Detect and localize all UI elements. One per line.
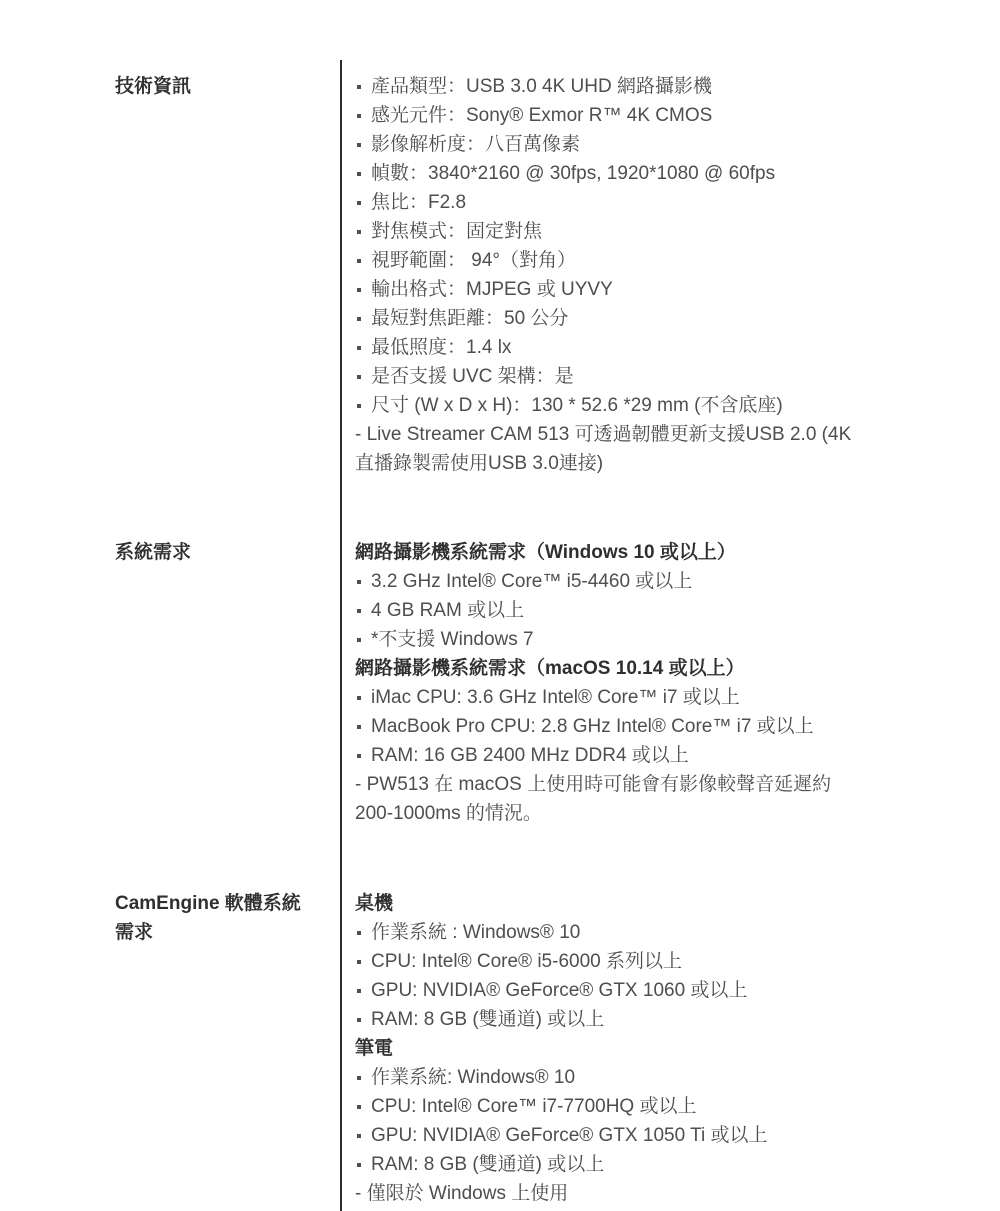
bullet-item: 焦比：F2.8 — [355, 188, 930, 217]
bullet-icon — [357, 1018, 361, 1022]
bullet-text: 視野範圍： 94°（對角） — [371, 246, 930, 275]
bullet-icon — [357, 609, 361, 613]
bullet-icon — [357, 230, 361, 234]
bullet-icon — [357, 725, 361, 729]
section-title: CamEngine 軟體系統需求 — [115, 889, 317, 947]
column-divider — [340, 60, 342, 1211]
bullet-text: CPU: Intel® Core® i5-6000 系列以上 — [371, 947, 930, 976]
bullet-item: 作業系統: Windows® 10 — [355, 1063, 930, 1092]
bullet-icon — [357, 931, 361, 935]
bullet-item: 影像解析度：八百萬像素 — [355, 130, 930, 159]
bullet-item: RAM: 8 GB (雙通道) 或以上 — [355, 1005, 930, 1034]
bullet-icon — [357, 1134, 361, 1138]
bullet-item: CPU: Intel® Core™ i7-7700HQ 或以上 — [355, 1092, 930, 1121]
bullet-item: 幀數：3840*2160 @ 30fps, 1920*1080 @ 60fps — [355, 159, 930, 188]
bullet-item: 對焦模式：固定對焦 — [355, 217, 930, 246]
bullet-list: 3.2 GHz Intel® Core™ i5-4460 或以上 4 GB RA… — [355, 567, 930, 654]
bullet-item: 最短對焦距離：50 公分 — [355, 304, 930, 333]
bullet-item: RAM: 8 GB (雙通道) 或以上 — [355, 1150, 930, 1179]
bullet-text: MacBook Pro CPU: 2.8 GHz Intel® Core™ i7… — [371, 712, 930, 741]
bullet-icon — [357, 346, 361, 350]
bullet-icon — [357, 114, 361, 118]
bullet-icon — [357, 172, 361, 176]
bullet-item: MacBook Pro CPU: 2.8 GHz Intel® Core™ i7… — [355, 712, 930, 741]
bullet-item: 作業系統 : Windows® 10 — [355, 918, 930, 947]
bullet-item: 最低照度：1.4 lx — [355, 333, 930, 362]
bullet-text: RAM: 8 GB (雙通道) 或以上 — [371, 1150, 930, 1179]
bullet-item: 輸出格式：MJPEG 或 UYVY — [355, 275, 930, 304]
spec-table: 技術資訊 產品類型：USB 3.0 4K UHD 網路攝影機 感光元件：Sony… — [0, 60, 1000, 1211]
bullet-item: 感光元件：Sony® Exmor R™ 4K CMOS — [355, 101, 930, 130]
group-heading: 桌機 — [355, 889, 930, 918]
bullet-list: iMac CPU: 3.6 GHz Intel® Core™ i7 或以上 Ma… — [355, 683, 930, 770]
bullet-text: RAM: 8 GB (雙通道) 或以上 — [371, 1005, 930, 1034]
bullet-text: 4 GB RAM 或以上 — [371, 596, 930, 625]
note-line: 200-1000ms 的情況。 — [355, 799, 930, 828]
bullet-text: CPU: Intel® Core™ i7-7700HQ 或以上 — [371, 1092, 930, 1121]
bullet-text: 作業系統: Windows® 10 — [371, 1063, 930, 1092]
bullet-icon — [357, 143, 361, 147]
bullet-icon — [357, 404, 361, 408]
bullet-item: 4 GB RAM 或以上 — [355, 596, 930, 625]
bullet-text: 焦比：F2.8 — [371, 188, 930, 217]
bullet-icon — [357, 754, 361, 758]
bullet-icon — [357, 1105, 361, 1109]
section-tech-info-header-cell: 技術資訊 — [0, 72, 341, 481]
bullet-text: 最短對焦距離：50 公分 — [371, 304, 930, 333]
bullet-item: 3.2 GHz Intel® Core™ i5-4460 或以上 — [355, 567, 930, 596]
bullet-icon — [357, 1163, 361, 1167]
section-system-req-content-cell: 網路攝影機系統需求（Windows 10 或以上） 3.2 GHz Intel®… — [341, 538, 1000, 831]
bullet-item: GPU: NVIDIA® GeForce® GTX 1060 或以上 — [355, 976, 930, 1005]
bullet-item: 是否支援 UVC 架構：是 — [355, 362, 930, 391]
bullet-list: 作業系統: Windows® 10 CPU: Intel® Core™ i7-7… — [355, 1063, 930, 1179]
bullet-item: CPU: Intel® Core® i5-6000 系列以上 — [355, 947, 930, 976]
note-line: 直播錄製需使用USB 3.0連接) — [355, 449, 930, 478]
bullet-item: GPU: NVIDIA® GeForce® GTX 1050 Ti 或以上 — [355, 1121, 930, 1150]
bullet-icon — [357, 375, 361, 379]
bullet-icon — [357, 696, 361, 700]
bullet-text: 3.2 GHz Intel® Core™ i5-4460 或以上 — [371, 567, 930, 596]
section-system-req-header-cell: 系統需求 — [0, 538, 341, 831]
bullet-text: *不支援 Windows 7 — [371, 625, 930, 654]
bullet-icon — [357, 317, 361, 321]
bullet-item: *不支援 Windows 7 — [355, 625, 930, 654]
bullet-list: 產品類型：USB 3.0 4K UHD 網路攝影機 感光元件：Sony® Exm… — [355, 72, 930, 420]
bullet-text: 輸出格式：MJPEG 或 UYVY — [371, 275, 930, 304]
group-heading: 筆電 — [355, 1034, 930, 1063]
bullet-text: 對焦模式：固定對焦 — [371, 217, 930, 246]
bullet-icon — [357, 580, 361, 584]
bullet-icon — [357, 201, 361, 205]
note-line: - Live Streamer CAM 513 可透過韌體更新支援USB 2.0… — [355, 420, 930, 449]
bullet-text: 產品類型：USB 3.0 4K UHD 網路攝影機 — [371, 72, 930, 101]
note-line: - 僅限於 Windows 上使用 — [355, 1179, 930, 1208]
bullet-icon — [357, 1076, 361, 1080]
section-camengine-req-content-cell: 桌機 作業系統 : Windows® 10 CPU: Intel® Core® … — [341, 889, 1000, 1211]
bullet-icon — [357, 989, 361, 993]
bullet-text: RAM: 16 GB 2400 MHz DDR4 或以上 — [371, 741, 930, 770]
group-heading: 網路攝影機系統需求（Windows 10 或以上） — [355, 538, 930, 567]
section-tech-info-content-cell: 產品類型：USB 3.0 4K UHD 網路攝影機 感光元件：Sony® Exm… — [341, 72, 1000, 481]
note-line: - PW513 在 macOS 上使用時可能會有影像較聲音延遲約 — [355, 770, 930, 799]
bullet-text: 幀數：3840*2160 @ 30fps, 1920*1080 @ 60fps — [371, 159, 930, 188]
bullet-item: 視野範圍： 94°（對角） — [355, 246, 930, 275]
bullet-text: 作業系統 : Windows® 10 — [371, 918, 930, 947]
bullet-icon — [357, 85, 361, 89]
bullet-item: 尺寸 (W x D x H)：130 * 52.6 *29 mm (不含底座) — [355, 391, 930, 420]
bullet-item: 產品類型：USB 3.0 4K UHD 網路攝影機 — [355, 72, 930, 101]
bullet-text: 是否支援 UVC 架構：是 — [371, 362, 930, 391]
bullet-icon — [357, 638, 361, 642]
bullet-text: 尺寸 (W x D x H)：130 * 52.6 *29 mm (不含底座) — [371, 391, 930, 420]
bullet-icon — [357, 259, 361, 263]
bullet-item: RAM: 16 GB 2400 MHz DDR4 或以上 — [355, 741, 930, 770]
bullet-text: 感光元件：Sony® Exmor R™ 4K CMOS — [371, 101, 930, 130]
bullet-icon — [357, 960, 361, 964]
bullet-text: 最低照度：1.4 lx — [371, 333, 930, 362]
bullet-text: GPU: NVIDIA® GeForce® GTX 1050 Ti 或以上 — [371, 1121, 930, 1150]
bullet-text: iMac CPU: 3.6 GHz Intel® Core™ i7 或以上 — [371, 683, 930, 712]
bullet-list: 作業系統 : Windows® 10 CPU: Intel® Core® i5-… — [355, 918, 930, 1034]
section-camengine-req-header-cell: CamEngine 軟體系統需求 — [0, 889, 341, 1211]
bullet-icon — [357, 288, 361, 292]
group-heading: 網路攝影機系統需求（macOS 10.14 或以上） — [355, 654, 930, 683]
bullet-item: iMac CPU: 3.6 GHz Intel® Core™ i7 或以上 — [355, 683, 930, 712]
section-title: 系統需求 — [115, 538, 317, 567]
section-title: 技術資訊 — [115, 72, 317, 101]
bullet-text: 影像解析度：八百萬像素 — [371, 130, 930, 159]
bullet-text: GPU: NVIDIA® GeForce® GTX 1060 或以上 — [371, 976, 930, 1005]
